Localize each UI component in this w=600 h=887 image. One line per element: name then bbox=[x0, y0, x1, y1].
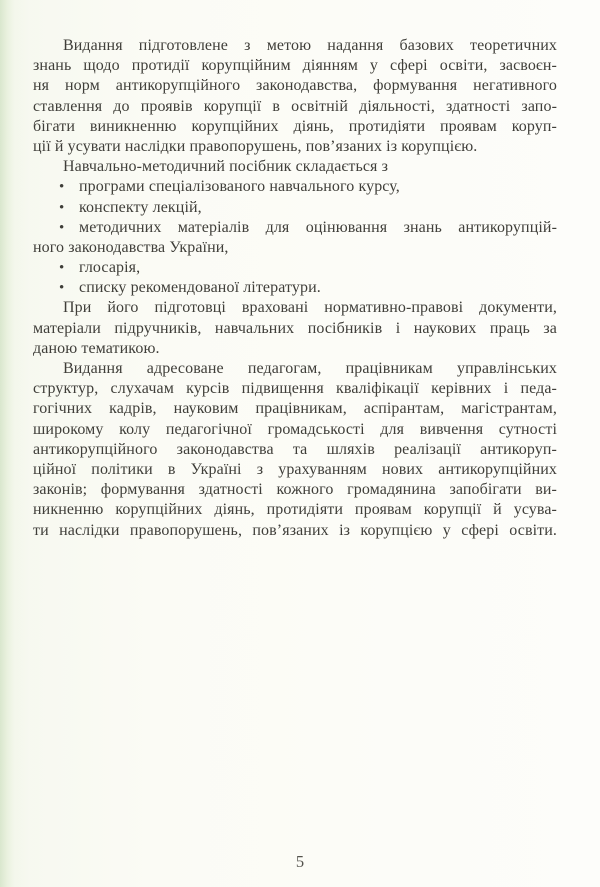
book-page: Видання підготовлене з метою надання баз… bbox=[0, 0, 600, 887]
text-line: даною тематикою. bbox=[33, 339, 557, 359]
bullet-icon: • bbox=[59, 278, 79, 298]
text-line: ставлення до проявів корупції в освітній… bbox=[33, 97, 557, 117]
bullet-item: •списку рекомендованої літератури. bbox=[33, 278, 557, 298]
text-line: законів; формування здатності кожного гр… bbox=[33, 480, 557, 500]
bullet-item: •глосарія, bbox=[33, 258, 557, 278]
text-line: структур, слухачам курсів підвищення ква… bbox=[33, 379, 557, 399]
text-line: гогічних кадрів, науковим працівникам, а… bbox=[33, 399, 557, 419]
text-line: Навчально-методичний посібник складаєтьс… bbox=[33, 157, 557, 177]
text-line: ції й усувати наслідки правопорушень, по… bbox=[33, 137, 557, 157]
text-line: матеріали підручників, навчальних посібн… bbox=[33, 319, 557, 339]
bullet-icon: • bbox=[59, 198, 79, 218]
paragraph: При його підготовці враховані нормативно… bbox=[33, 298, 557, 359]
bullet-item: •програми спеціалізованого навчального к… bbox=[33, 177, 557, 197]
page-number: 5 bbox=[0, 852, 600, 872]
text-line: При його підготовці враховані нормативно… bbox=[33, 298, 557, 318]
text-line: бігати виникненню корупційних діянь, про… bbox=[33, 117, 557, 137]
text-line: •конспекту лекцій, bbox=[33, 198, 557, 218]
text-line: ційної політики в Україні з урахуванням … bbox=[33, 460, 557, 480]
bullet-icon: • bbox=[59, 177, 79, 197]
text-line: знань щодо протидії корупційним діянням … bbox=[33, 56, 557, 76]
text-line: широкому колу педагогічної громадськості… bbox=[33, 420, 557, 440]
text-line: Видання підготовлене з метою надання баз… bbox=[33, 36, 557, 56]
text-block: Видання підготовлене з метою надання баз… bbox=[33, 36, 557, 541]
paragraph: Видання підготовлене з метою надання баз… bbox=[33, 36, 557, 157]
bullet-item: •конспекту лекцій, bbox=[33, 198, 557, 218]
bullet-item: •методичних матеріалів для оцінювання зн… bbox=[33, 218, 557, 258]
paragraph: Видання адресоване педагогам, працівника… bbox=[33, 359, 557, 541]
text-line: ти наслідки правопорушень, пов’язаних із… bbox=[33, 521, 557, 541]
text-line: •глосарія, bbox=[33, 258, 557, 278]
bullet-icon: • bbox=[59, 258, 79, 278]
bullet-icon: • bbox=[59, 218, 79, 238]
text-line: ня норм антикорупційного законодавства, … bbox=[33, 76, 557, 96]
scan-edge-tint bbox=[0, 0, 30, 887]
text-line: ного законодавства України, bbox=[33, 238, 557, 258]
text-line: Видання адресоване педагогам, працівника… bbox=[33, 359, 557, 379]
paragraph: Навчально-методичний посібник складаєтьс… bbox=[33, 157, 557, 177]
text-line: •списку рекомендованої літератури. bbox=[33, 278, 557, 298]
text-line: •програми спеціалізованого навчального к… bbox=[33, 177, 557, 197]
text-line: •методичних матеріалів для оцінювання зн… bbox=[33, 218, 557, 238]
text-line: никненню корупційних діянь, протидіяти п… bbox=[33, 500, 557, 520]
text-line: антикорупційного законодавства та шляхів… bbox=[33, 440, 557, 460]
